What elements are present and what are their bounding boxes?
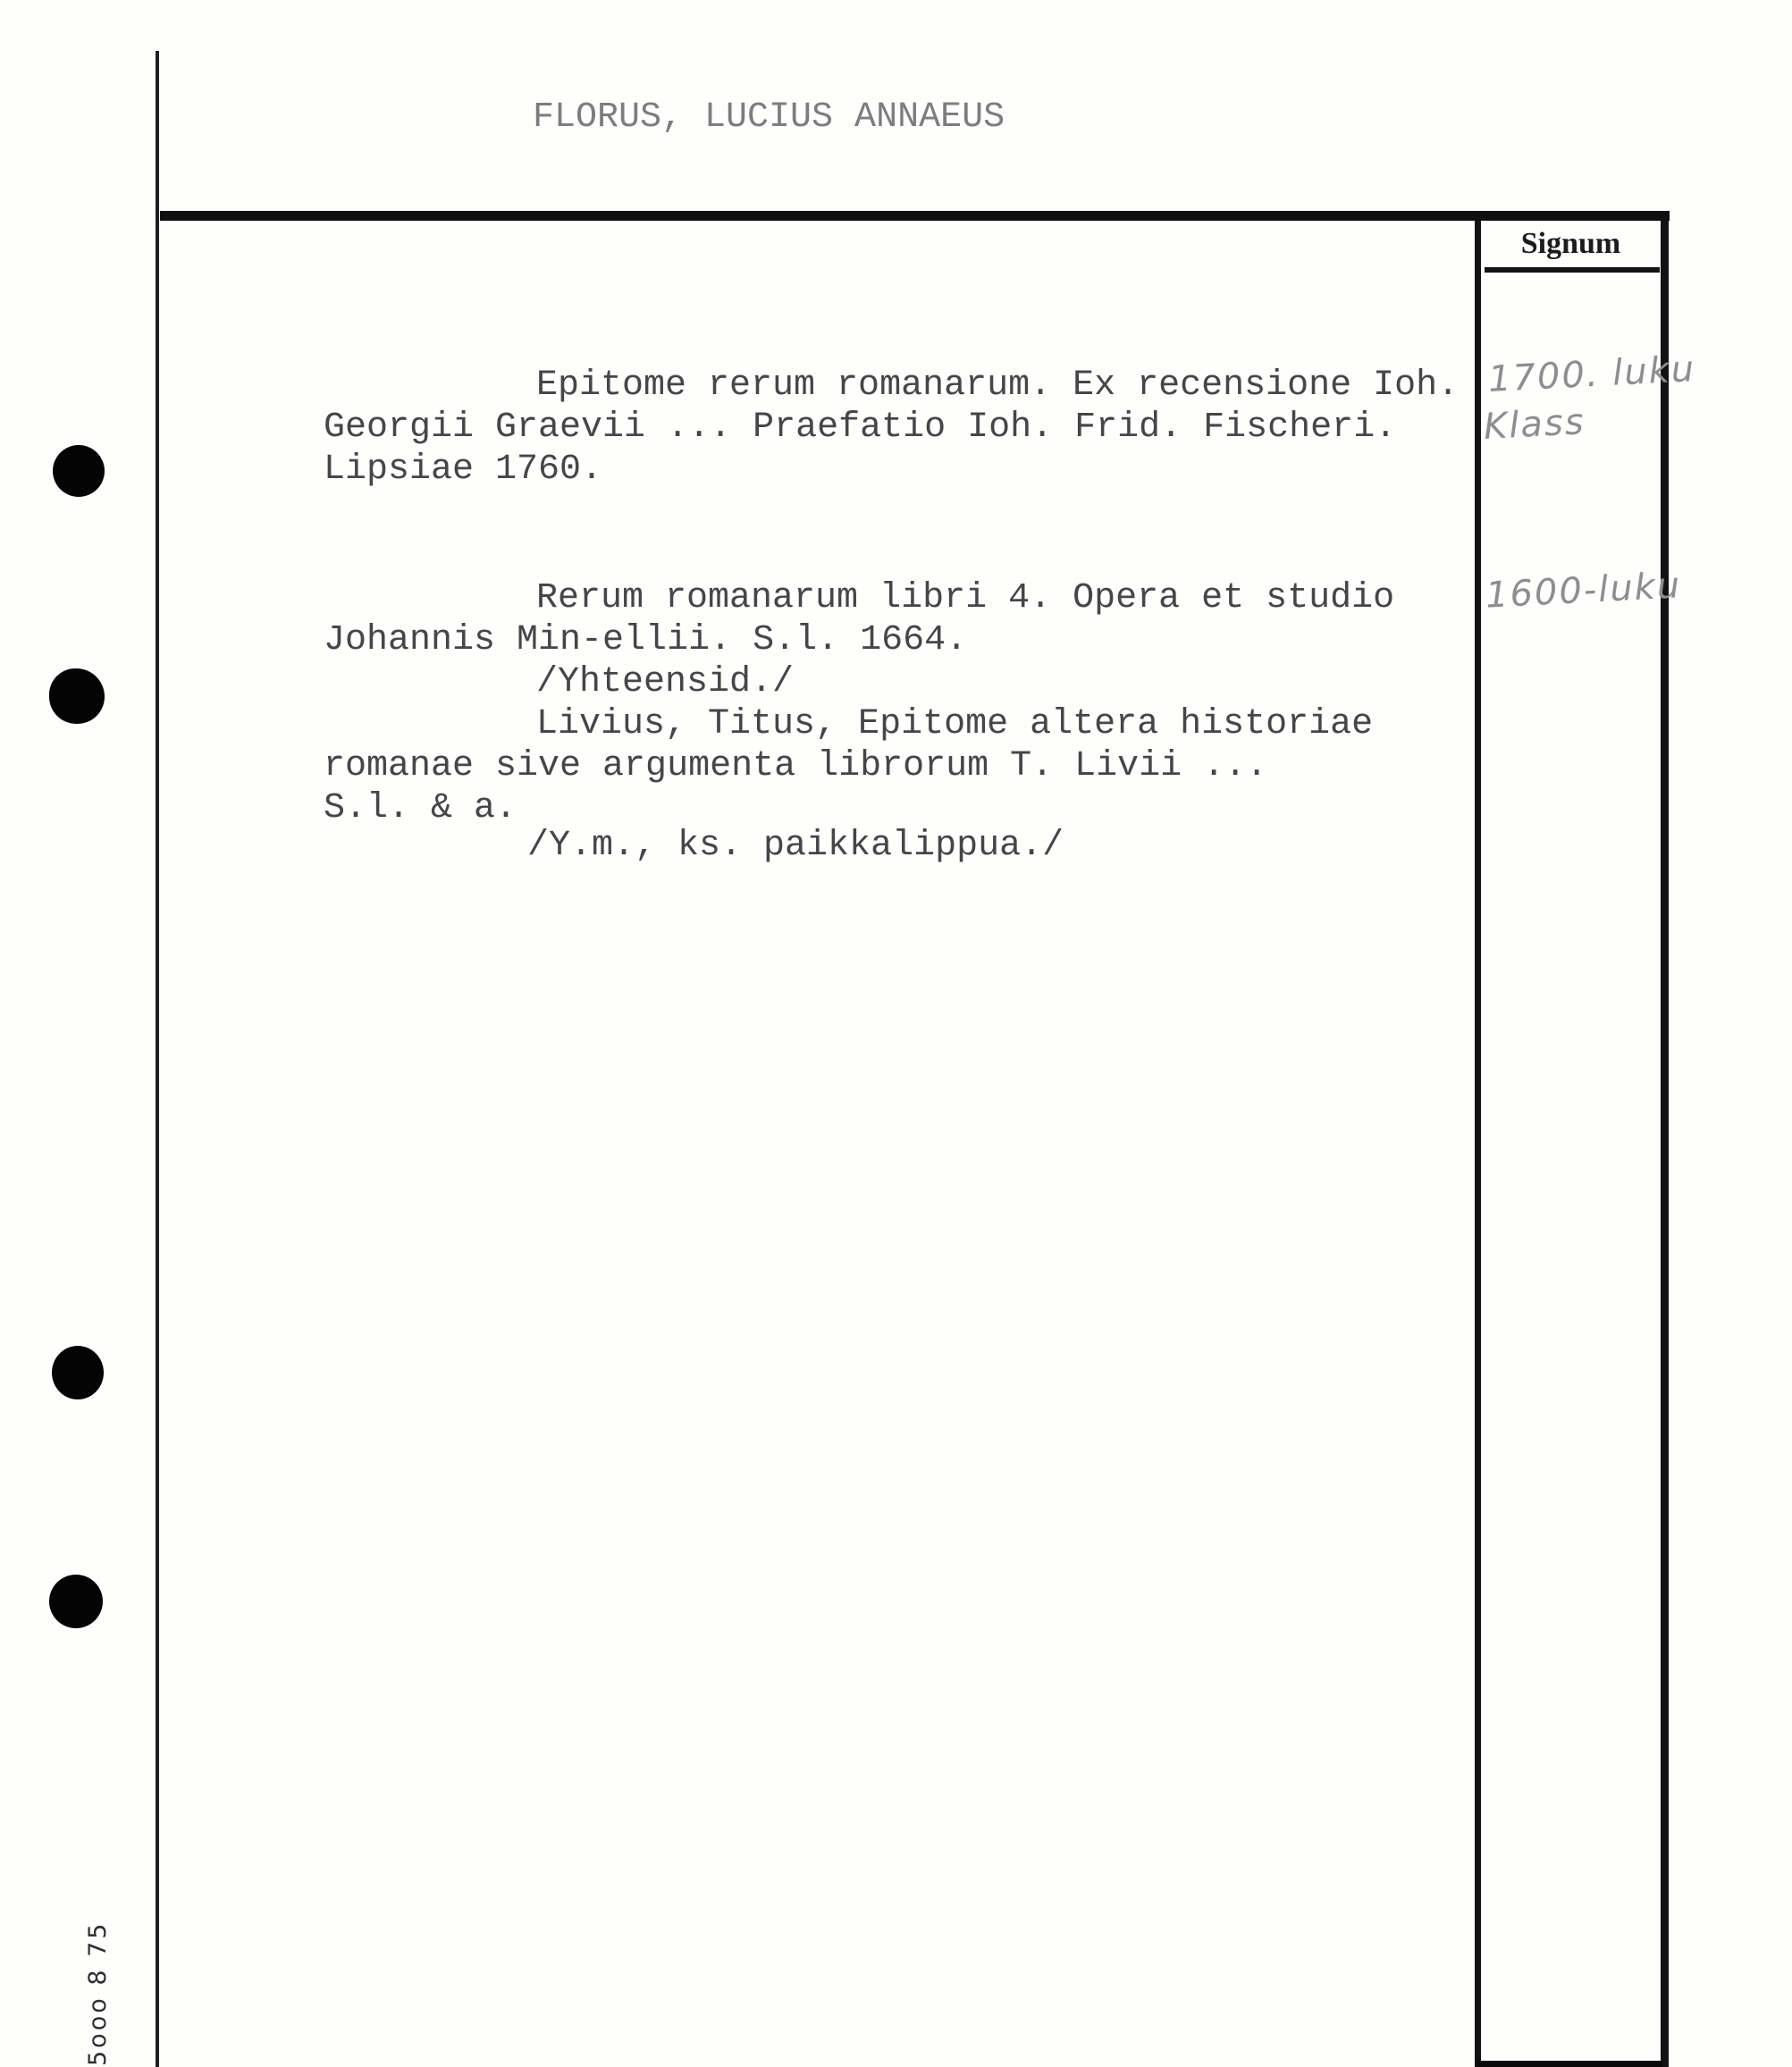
entry-line: Georgii Graevii ... Praefatio Ioh. Frid.… xyxy=(324,408,1396,448)
left-margin-rule xyxy=(156,51,159,2067)
signum-column-header: Signum xyxy=(1481,227,1661,261)
signum-column-right-border xyxy=(1661,221,1669,2067)
hole-punch-dot xyxy=(52,1346,104,1399)
signum-header-underline xyxy=(1485,267,1660,273)
scan-edge-artifact xyxy=(1477,2061,1662,2067)
entry-line: Livius, Titus, Epitome altera historiae xyxy=(536,705,1373,744)
catalog-card-page: FLORUS, LUCIUS ANNAEUS Signum Epitome re… xyxy=(0,0,1792,2067)
hole-punch-dot xyxy=(49,668,105,724)
entry-line: S.l. & a. xyxy=(324,789,517,828)
form-number: 5ooo 8 75 xyxy=(84,1921,112,2066)
entry-line: /Yhteensid./ xyxy=(536,663,794,702)
signum-column-left-border xyxy=(1475,221,1481,2067)
signum-note: 1600-luku xyxy=(1485,565,1682,616)
table-top-rule xyxy=(160,211,1670,221)
entry-line: Johannis Min-ellii. S.l. 1664. xyxy=(324,621,967,660)
entry-line: Lipsiae 1760. xyxy=(324,450,602,490)
entry-line: Rerum romanarum libri 4. Opera et studio xyxy=(536,579,1394,618)
hole-punch-dot xyxy=(53,445,105,497)
entry-line: romanae sive argumenta librorum T. Livii… xyxy=(324,747,1267,786)
entry-line: /Y.m., ks. paikkalippua./ xyxy=(527,827,1064,866)
page-title: FLORUS, LUCIUS ANNAEUS xyxy=(533,98,1005,138)
hole-punch-dot xyxy=(49,1575,103,1628)
signum-note: Klass xyxy=(1483,401,1586,448)
entry-line: Epitome rerum romanarum. Ex recensione I… xyxy=(536,366,1459,406)
